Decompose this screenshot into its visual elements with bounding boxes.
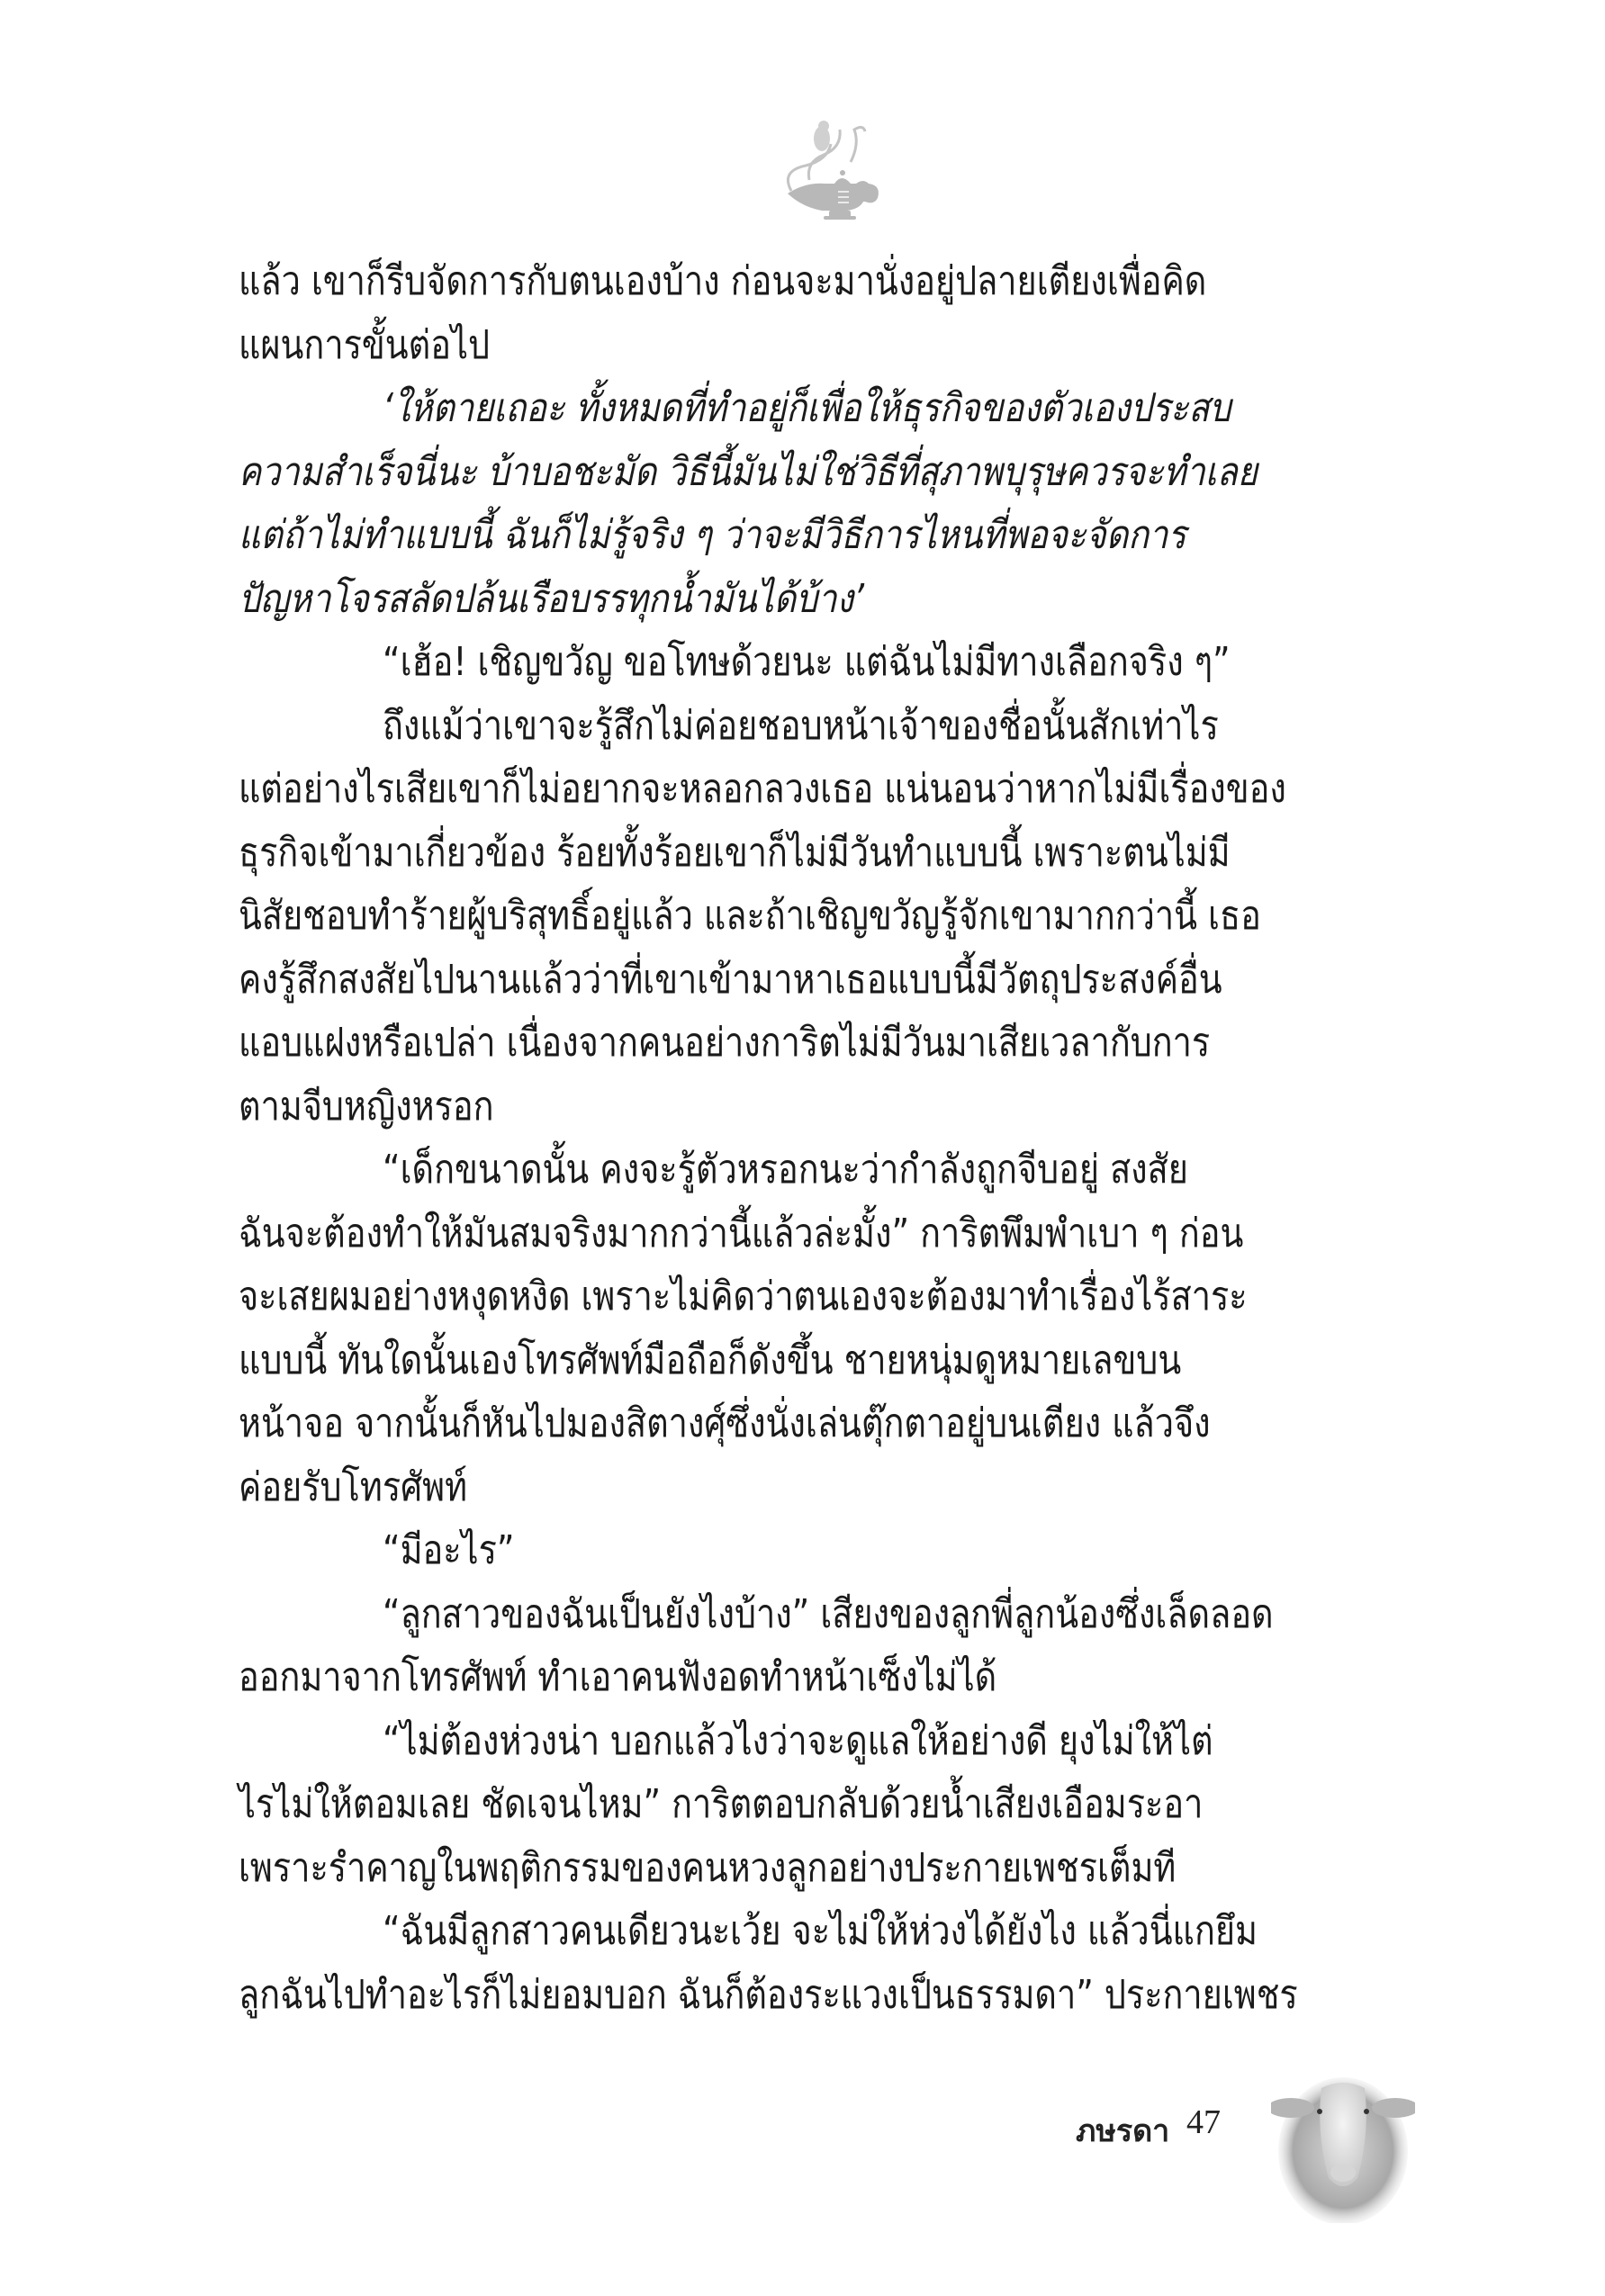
text-line: ไรไม่ให้ตอมเลย ชัดเจนไหม” การิตตอบกลับด้… xyxy=(239,1773,1407,1837)
body-text: แล้ว เขาก็รีบจัดการกับตนเองบ้าง ก่อนจะมา… xyxy=(239,250,1407,2027)
text-line: แอบแฝงหรือเปล่า เนื่องจากคนอย่างการิตไม่… xyxy=(239,1012,1407,1076)
text-line: แต่อย่างไรเสียเขาก็ไม่อยากจะหลอกลวงเธอ แ… xyxy=(239,758,1407,822)
text-line: ธุรกิจเข้ามาเกี่ยวข้อง ร้อยทั้งร้อยเขาก็… xyxy=(239,822,1407,886)
text-line: จะเสยผมอย่างหงุดหงิด เพราะไม่คิดว่าตนเอง… xyxy=(239,1265,1407,1329)
book-title: ภษรดา xyxy=(1076,2106,1169,2155)
text-line: แต่ถ้าไม่ทำแบบนี้ ฉันก็ไม่รู้จริง ๆ ว่าจ… xyxy=(239,504,1407,568)
text-line: ลูกฉันไปทำอะไรก็ไม่ยอมบอก ฉันก็ต้องระแวง… xyxy=(239,1964,1407,2028)
text-line: หน้าจอ จากนั้นก็หันไปมองสิตางศุ์ซึ่งนั่ง… xyxy=(239,1392,1407,1456)
text-line: ออกมาจากโทรศัพท์ ทำเอาคนฟังอดทำหน้าเซ็งไ… xyxy=(239,1646,1407,1710)
text-line: ความสำเร็จนี่นะ บ้าบอชะมัด วิธีนี้มันไม่… xyxy=(239,441,1407,505)
text-line: คงรู้สึกสงสัยไปนานแล้วว่าที่เขาเข้ามาหาเ… xyxy=(239,949,1407,1013)
text-line: “มีอะไร” xyxy=(239,1519,1407,1583)
text-line: ค่อยรับโทรศัพท์ xyxy=(239,1456,1407,1520)
genie-lamp-icon xyxy=(770,108,887,225)
text-line: ตามจีบหญิงหรอก xyxy=(239,1076,1407,1139)
sheep-head-icon xyxy=(1271,2061,1415,2223)
text-line: เพราะรำคาญในพฤติกรรมของคนหวงลูกอย่างประก… xyxy=(239,1837,1407,1901)
book-page: แล้ว เขาก็รีบจัดการกับตนเองบ้าง ก่อนจะมา… xyxy=(0,0,1605,2296)
text-line: “ไม่ต้องห่วงน่า บอกแล้วไงว่าจะดูแลให้อย่… xyxy=(239,1710,1407,1774)
text-line: ถึงแม้ว่าเขาจะรู้สึกไม่ค่อยชอบหน้าเจ้าขอ… xyxy=(239,695,1407,759)
text-line: ‘ให้ตายเถอะ ทั้งหมดที่ทำอยู่ก็เพื่อให้ธุ… xyxy=(239,377,1407,441)
text-line: แล้ว เขาก็รีบจัดการกับตนเองบ้าง ก่อนจะมา… xyxy=(239,250,1407,314)
text-line: “ลูกสาวของฉันเป็นยังไงบ้าง” เสียงของลูกพ… xyxy=(239,1583,1407,1647)
text-line: นิสัยชอบทำร้ายผู้บริสุทธิ์อยู่แล้ว และถ้… xyxy=(239,885,1407,949)
text-line: “ฉันมีลูกสาวคนเดียวนะเว้ย จะไม่ให้ห่วงได… xyxy=(239,1900,1407,1964)
text-line: แผนการขั้นต่อไป xyxy=(239,314,1407,378)
text-line: “เด็กขนาดนั้น คงจะรู้ตัวหรอกนะว่ากำลังถู… xyxy=(239,1139,1407,1202)
text-line: ฉันจะต้องทำให้มันสมจริงมากกว่านี้แล้วล่ะ… xyxy=(239,1202,1407,1266)
text-line: แบบนี้ ทันใดนั้นเองโทรศัพท์มือถือก็ดังขึ… xyxy=(239,1329,1407,1393)
text-line: “เฮ้อ! เชิญขวัญ ขอโทษด้วยนะ แต่ฉันไม่มีท… xyxy=(239,631,1407,695)
text-line: ปัญหาโจรสลัดปล้นเรือบรรทุกน้ำมันได้บ้าง’ xyxy=(239,568,1407,632)
page-number: 47 xyxy=(1186,2102,1221,2142)
